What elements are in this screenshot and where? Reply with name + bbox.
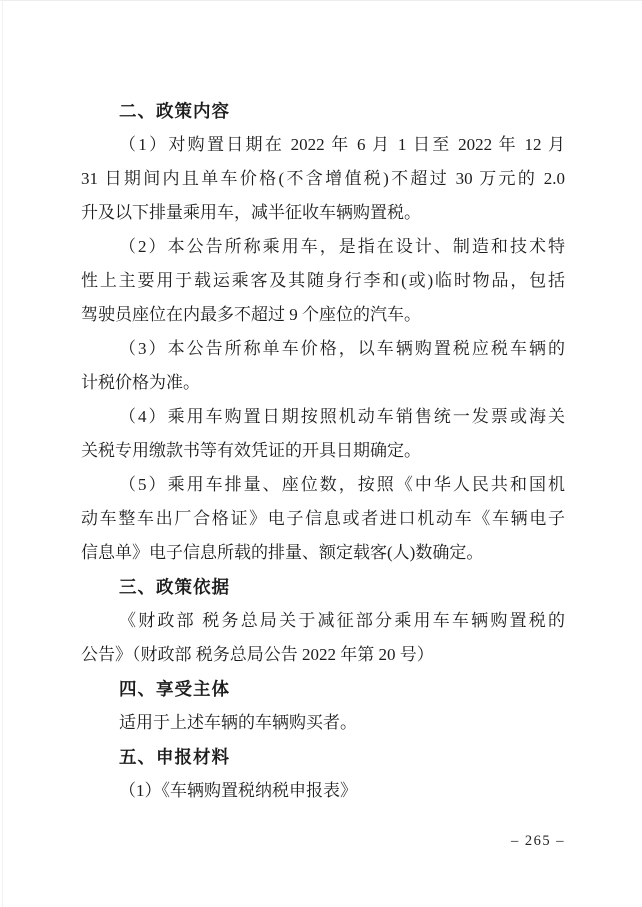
text-line: 动车整车出厂合格证》电子信息或者进口机动车《车辆电子 [81, 502, 565, 536]
text-line: 31 日期间内且单车价格(不含增值税)不超过 30 万元的 2.0 [81, 162, 565, 196]
document-body: 二、政策内容 （1）对购置日期在 2022 年 6 月 1 日至 2022 年 … [81, 94, 565, 808]
section-heading-policy-basis: 三、政策依据 [81, 570, 565, 604]
text-line: 适用于上述车辆的车辆购买者。 [81, 706, 565, 740]
page-edge-top-line [0, 0, 642, 1]
text-line: （1）对购置日期在 2022 年 6 月 1 日至 2022 年 12 月 [81, 128, 565, 162]
section-heading-policy-content: 二、政策内容 [81, 94, 565, 128]
text-line: 升及以下排量乘用车，减半征收车辆购置税。 [81, 196, 565, 230]
text-line: 信息单》电子信息所载的排量、额定载客(人)数确定。 [81, 536, 565, 570]
text-line: （2）本公告所称乘用车，是指在设计、制造和技术特 [81, 230, 565, 264]
text-line: 计税价格为准。 [81, 366, 565, 400]
text-line: （4）乘用车购置日期按照机动车销售统一发票或海关 [81, 400, 565, 434]
text-line: 《财政部 税务总局关于减征部分乘用车车辆购置税的 [81, 604, 565, 638]
text-line: （5）乘用车排量、座位数，按照《中华人民共和国机 [81, 468, 565, 502]
text-line: 性上主要用于载运乘客及其随身行李和(或)临时物品，包括 [81, 264, 565, 298]
text-line: 公告》（财政部 税务总局公告 2022 年第 20 号） [81, 638, 565, 672]
section-heading-beneficiary: 四、享受主体 [81, 672, 565, 706]
section-heading-filing-materials: 五、申报材料 [81, 740, 565, 774]
text-line: （1）《车辆购置税纳税申报表》 [81, 774, 565, 808]
page-edge-left-line [2, 0, 3, 907]
page-number: – 265 – [511, 832, 565, 850]
text-line: （3）本公告所称单车价格，以车辆购置税应税车辆的 [81, 332, 565, 366]
text-line: 驾驶员座位在内最多不超过 9 个座位的汽车。 [81, 298, 565, 332]
document-page: 二、政策内容 （1）对购置日期在 2022 年 6 月 1 日至 2022 年 … [0, 0, 642, 907]
text-line: 关税专用缴款书等有效凭证的开具日期确定。 [81, 434, 565, 468]
